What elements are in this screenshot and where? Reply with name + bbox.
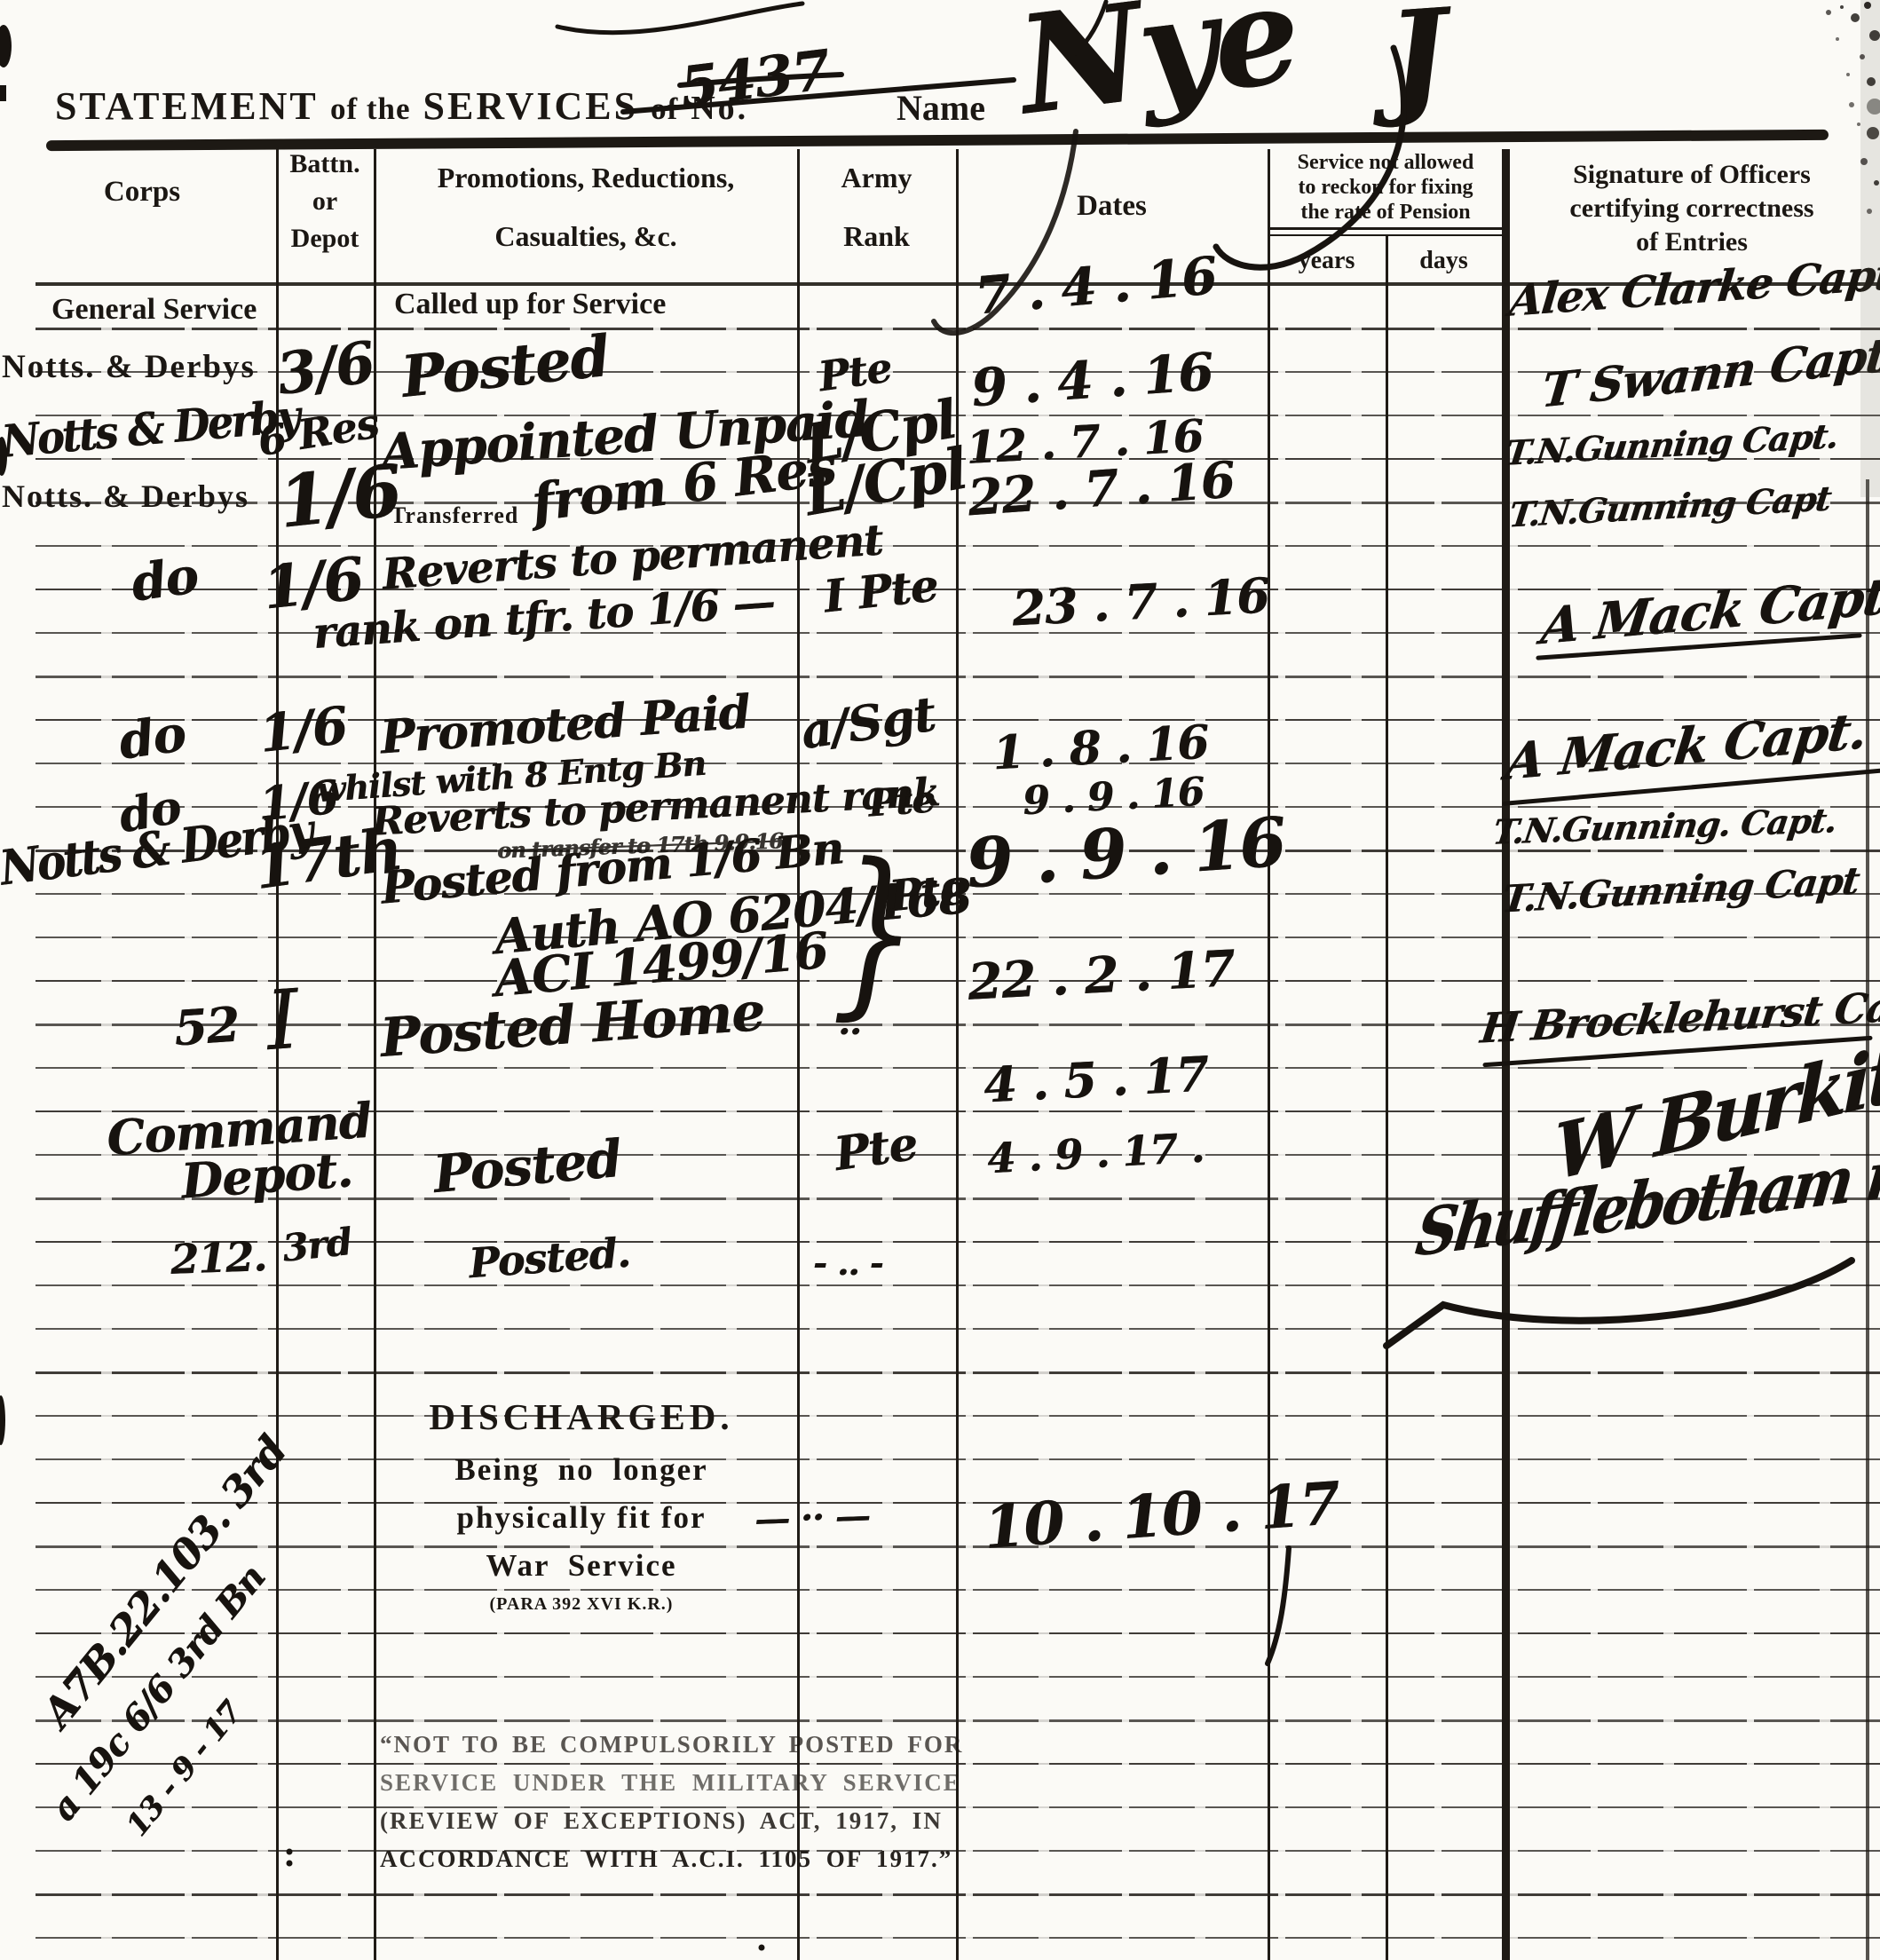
officer-signature: T.N.Gunning Capt. — [1503, 415, 1840, 473]
name-initial: J — [1383, 0, 1451, 131]
signature-swoosh — [1386, 1261, 1852, 1346]
row-corps: General Service — [51, 293, 257, 327]
row-battn: 3rd — [280, 1220, 353, 1270]
col-line-pension-signature — [1502, 149, 1510, 1960]
row-battn: 1/6 — [257, 695, 350, 764]
row-promotion: Posted — [431, 1128, 623, 1205]
date-seven-tail — [1268, 1548, 1289, 1664]
header-battn-1: Battn. — [280, 149, 369, 179]
row-rank: - .. - — [813, 1243, 882, 1283]
discharge-rank-mark: — ·· — — [754, 1495, 870, 1540]
row-corps: do — [115, 704, 189, 771]
header-pension-1: Service not allowed — [1271, 151, 1500, 175]
officer-signature: Alex Clarke Capt. — [1507, 249, 1880, 327]
name-label: Name — [897, 87, 985, 129]
header-signature-2: certifying correctness — [1514, 194, 1869, 224]
row-date: 22 . 2 . 17 — [966, 939, 1236, 1012]
row-promotion-printed: Transferred — [391, 502, 518, 529]
row-corps: 52 — [172, 996, 241, 1057]
row-promotion: Called up for Service — [394, 288, 666, 321]
officer-signature: T Swann Capt — [1539, 328, 1880, 419]
row-corps: Notts. & Derbys — [2, 478, 249, 515]
header-army-1: Army — [803, 162, 950, 194]
discharge-title: DISCHARGED. — [391, 1395, 772, 1438]
flourish-top — [557, 4, 802, 33]
discharge-para-ref: (PARA 392 XVI K.R.) — [391, 1594, 772, 1615]
header-corps: Corps — [53, 176, 231, 209]
stamp-line2: SERVICE UNDER THE MILITARY SERVICE — [380, 1769, 961, 1797]
title-rule — [46, 130, 1829, 151]
row-rank: a/Sgt — [797, 685, 938, 760]
header-promotions-2: Casualties, &c. — [382, 220, 790, 253]
row-promotion: Posted Home — [378, 981, 766, 1070]
row-corps: Notts. & Derbys — [2, 348, 256, 386]
row-rank: Pte — [866, 777, 936, 825]
pension-divider2 — [1268, 234, 1505, 236]
row-corps: 212. — [170, 1232, 267, 1284]
row-battn: 1/6 — [274, 448, 405, 544]
page-title: STATEMENT of the SERVICES of No. — [55, 83, 748, 129]
header-dates: Dates — [963, 190, 1260, 223]
header-signature-3: of Entries — [1514, 227, 1869, 257]
officer-signature: T.N.Gunning Capt — [1499, 858, 1861, 921]
row-rank: Pte — [831, 1117, 920, 1182]
pension-divider — [1268, 227, 1505, 230]
service-record-page: STATEMENT of the SERVICES of No. 5437 Na… — [0, 0, 1880, 1960]
row-date: 4 . 5 . 17 — [982, 1045, 1209, 1113]
officer-signature: T.N.Gunning Capt — [1506, 478, 1832, 534]
header-years: years — [1268, 247, 1386, 275]
col-line-years-days — [1386, 236, 1388, 1960]
col-line-rank-dates — [956, 149, 959, 1960]
row-date: 7 . 4 . 16 — [973, 245, 1219, 326]
stamp-line1: “NOT TO BE COMPULSORILY POSTED FOR — [380, 1731, 963, 1758]
row-rank: .. — [838, 1001, 861, 1043]
col-line-dates-pension — [1268, 149, 1270, 1960]
row-corps-line2: Depot. — [179, 1141, 354, 1209]
header-pension-3: the rate of Pension — [1271, 201, 1500, 225]
row-corps: Notts & Derby — [0, 390, 300, 468]
row-date: 9 . 9 . 16 — [963, 802, 1288, 904]
discharge-line2: Being no longer — [391, 1452, 772, 1488]
title-statement: STATEMENT — [55, 84, 318, 128]
header-promotions-1: Promotions, Reductions, — [382, 162, 790, 194]
header-days: days — [1386, 247, 1502, 275]
row-date: 4 . 9 . 17 . — [986, 1124, 1205, 1183]
header-army-2: Rank — [803, 220, 950, 253]
row-date: 23 . 7 . 16 — [1011, 566, 1271, 636]
header-pension-2: to reckon for fixing — [1271, 176, 1500, 200]
discharge-line3: physically fit for — [391, 1500, 772, 1536]
title-of-the: of the — [330, 91, 411, 126]
stamp-line3: (REVIEW OF EXCEPTIONS) ACT, 1917, IN — [380, 1807, 943, 1835]
title-services: SERVICES — [423, 84, 639, 128]
header-battn-3: Depot — [280, 224, 369, 254]
discharge-date: 10 . 10 . 17 — [982, 1468, 1342, 1562]
title-of: of — [651, 91, 678, 126]
discharge-line4: War Service — [391, 1548, 772, 1584]
row-rank: Pte — [887, 865, 968, 922]
row-battn: I — [263, 972, 301, 1069]
row-corps: do — [128, 546, 201, 613]
row-promotion: Posted — [399, 323, 612, 411]
header-signature-1: Signature of Officers — [1514, 160, 1869, 190]
stamp-line4: ACCORDANCE WITH A.C.I. 1105 OF 1917.” — [380, 1845, 952, 1873]
header-battn-2: or — [280, 186, 369, 217]
row-promotion: Posted. — [467, 1229, 631, 1288]
name-value: Nye — [1010, 0, 1304, 145]
row-rank: I Pte — [821, 558, 940, 622]
row-date: 9 . 4 . 16 — [969, 342, 1215, 419]
service-number: 5437 — [676, 37, 833, 120]
